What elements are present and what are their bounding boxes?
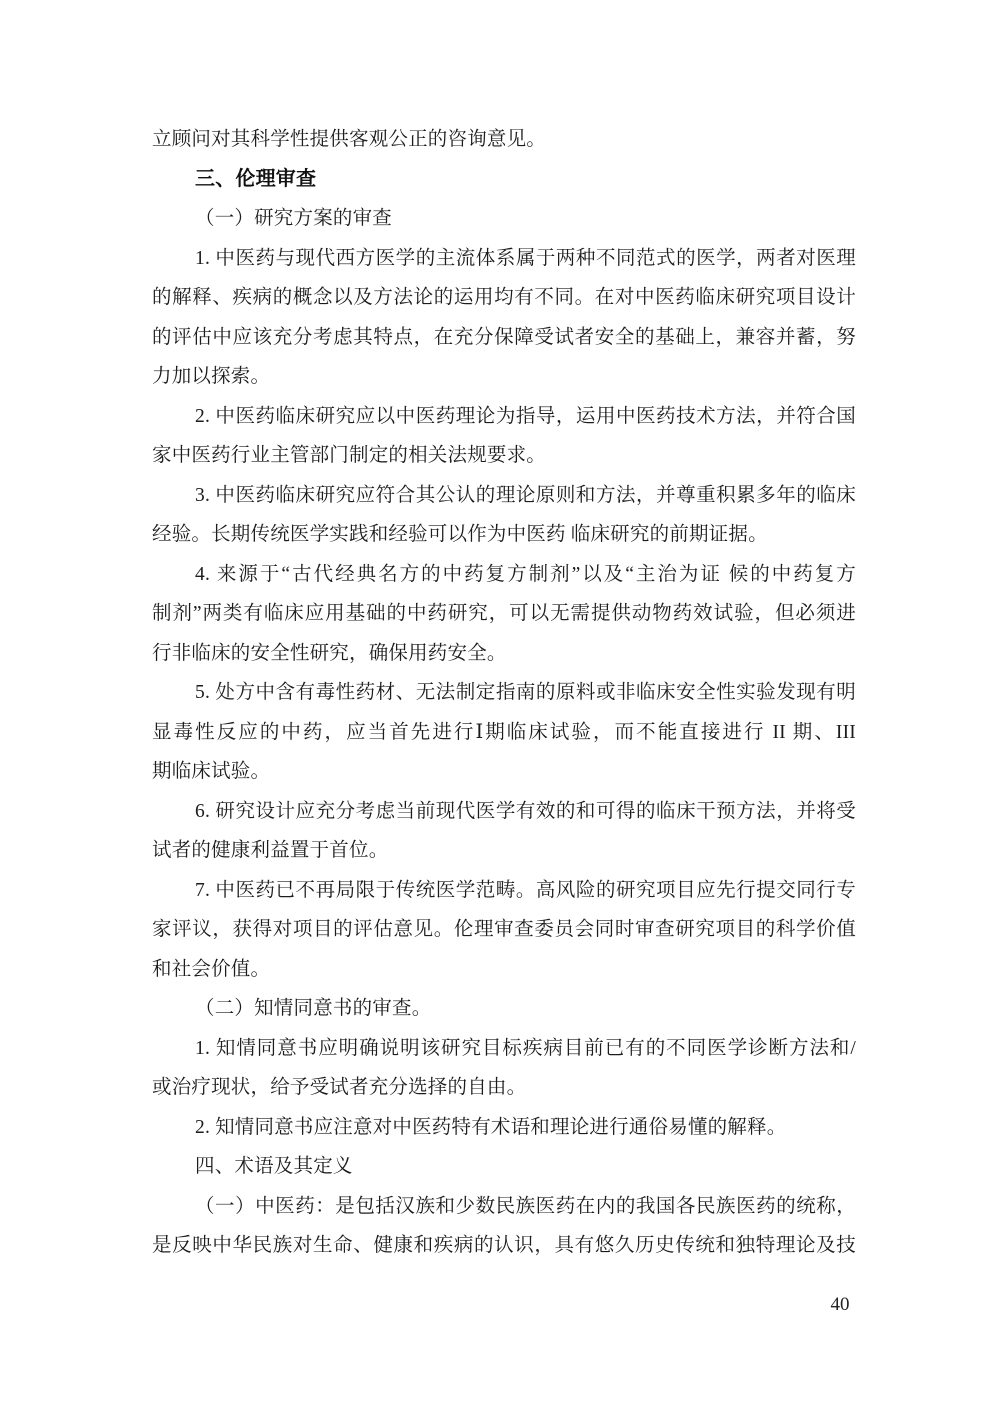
text-line: 力加以探索。	[152, 357, 856, 397]
section-heading: 三、伦理审查	[152, 160, 856, 200]
text-line: 6. 研究设计应充分考虑当前现代医学有效的和可得的临床干预方法，并将受	[152, 792, 856, 832]
text-line: 行非临床的安全性研究，确保用药安全。	[152, 634, 856, 674]
text-line: 家中医药行业主管部门制定的相关法规要求。	[152, 436, 856, 476]
text-line: （一）研究方案的审查	[152, 199, 856, 239]
text-line: 2. 知情同意书应注意对中医药特有术语和理论进行通俗易懂的解释。	[152, 1108, 856, 1148]
document-page: 立顾问对其科学性提供客观公正的咨询意见。三、伦理审查（一）研究方案的审查1. 中…	[0, 0, 1000, 1413]
text-line: 3. 中医药临床研究应符合其公认的理论原则和方法，并尊重积累多年的临床	[152, 476, 856, 516]
text-line: 和社会价值。	[152, 950, 856, 990]
text-line: 经验。长期传统医学实践和经验可以作为中医药 临床研究的前期证据。	[152, 515, 856, 555]
text-line: 显毒性反应的中药，应当首先进行Ⅰ期临床试验，而不能直接进行 II 期、III	[152, 713, 856, 753]
text-line: 2. 中医药临床研究应以中医药理论为指导，运用中医药技术方法，并符合国	[152, 397, 856, 437]
text-line: 或治疗现状，给予受试者充分选择的自由。	[152, 1068, 856, 1108]
text-line: 1. 中医药与现代西方医学的主流体系属于两种不同范式的医学，两者对医理	[152, 239, 856, 279]
text-line: 期临床试验。	[152, 752, 856, 792]
text-line: 立顾问对其科学性提供客观公正的咨询意见。	[152, 120, 856, 160]
text-line: 1. 知情同意书应明确说明该研究目标疾病目前已有的不同医学诊断方法和/	[152, 1029, 856, 1069]
text-line: 试者的健康利益置于首位。	[152, 831, 856, 871]
text-line: （二）知情同意书的审查。	[152, 989, 856, 1029]
page-number: 40	[820, 1292, 860, 1318]
text-line: 4. 来源于“古代经典名方的中药复方制剂”以及“主治为证 候的中药复方	[152, 555, 856, 595]
text-line: 5. 处方中含有毒性药材、无法制定指南的原料或非临床安全性实验发现有明	[152, 673, 856, 713]
text-line: 的解释、疾病的概念以及方法论的运用均有不同。在对中医药临床研究项目设计	[152, 278, 856, 318]
text-line: 7. 中医药已不再局限于传统医学范畴。高风险的研究项目应先行提交同行专	[152, 871, 856, 911]
document-body: 立顾问对其科学性提供客观公正的咨询意见。三、伦理审查（一）研究方案的审查1. 中…	[152, 120, 856, 1266]
text-line: 的评估中应该充分考虑其特点，在充分保障受试者安全的基础上，兼容并蓄，努	[152, 318, 856, 358]
text-line: 制剂”两类有临床应用基础的中药研究，可以无需提供动物药效试验，但必须进	[152, 594, 856, 634]
text-line: 家评议，获得对项目的评估意见。伦理审查委员会同时审查研究项目的科学价值	[152, 910, 856, 950]
text-line: （一）中医药：是包括汉族和少数民族医药在内的我国各民族医药的统称，	[152, 1187, 856, 1227]
text-line: 是反映中华民族对生命、健康和疾病的认识，具有悠久历史传统和独特理论及技	[152, 1226, 856, 1266]
text-line: 四、术语及其定义	[152, 1147, 856, 1187]
